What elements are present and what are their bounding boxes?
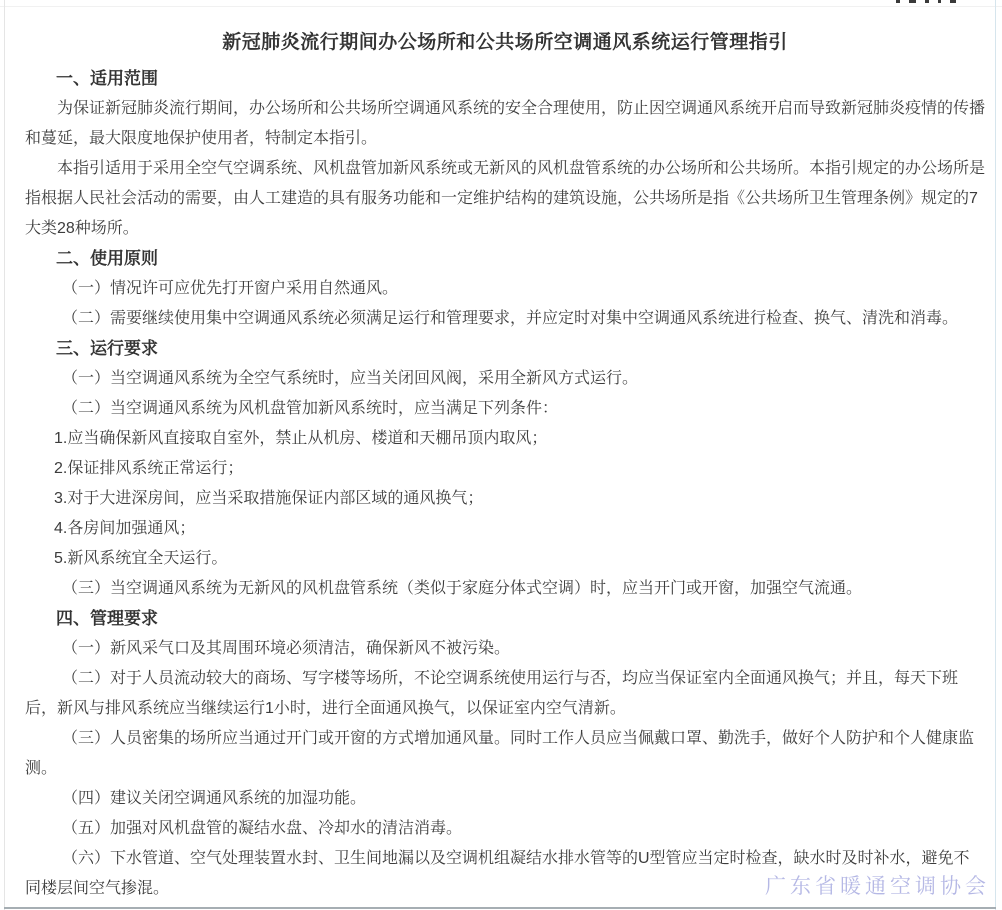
section-heading: 一、适用范围 xyxy=(25,64,985,94)
list-item: （四）建议关闭空调通风系统的加湿功能。 xyxy=(25,784,985,814)
document-content: 新冠肺炎流行期间办公场所和公共场所空调通风系统运行管理指引 一、适用范围为保证新… xyxy=(25,8,985,904)
list-item: （二）对于人员流动较大的商场、写字楼等场所，不论空调系统使用运行与否，均应当保证… xyxy=(25,664,985,724)
page-top-border xyxy=(0,6,1002,7)
list-item: （二）当空调通风系统为风机盘管加新风系统时，应当满足下列条件： xyxy=(25,394,985,424)
list-item: （六）下水管道、空气处理装置水封、卫生间地漏以及空调机组凝结水排水管等的U型管应… xyxy=(25,844,985,904)
document-page: 新冠肺炎流行期间办公场所和公共场所空调通风系统运行管理指引 一、适用范围为保证新… xyxy=(0,0,1002,910)
page-left-border xyxy=(4,0,5,910)
list-item: （一）新风采气口及其周围环境必须清洁，确保新风不被污染。 xyxy=(25,634,985,664)
clipped-text-fragment xyxy=(896,0,988,4)
list-item: （五）加强对风机盘管的凝结水盘、冷却水的清洁消毒。 xyxy=(25,814,985,844)
list-item: （三）当空调通风系统为无新风的风机盘管系统（类似于家庭分体式空调）时，应当开门或… xyxy=(25,574,985,604)
list-item: （三）人员密集的场所应当通过开门或开窗的方式增加通风量。同时工作人员应当佩戴口罩… xyxy=(25,724,985,784)
numbered-item: 1.应当确保新风直接取自室外，禁止从机房、楼道和天棚吊顶内取风； xyxy=(25,424,985,454)
section-heading: 三、运行要求 xyxy=(25,334,985,364)
numbered-item: 2.保证排风系统正常运行； xyxy=(25,454,985,484)
paragraph: 本指引适用于采用全空气空调系统、风机盘管加新风系统或无新风的风机盘管系统的办公场… xyxy=(25,154,985,244)
page-right-border xyxy=(995,0,996,910)
section-heading: 二、使用原则 xyxy=(25,244,985,274)
document-sections: 一、适用范围为保证新冠肺炎流行期间，办公场所和公共场所空调通风系统的安全合理使用… xyxy=(25,64,985,904)
section-heading: 四、管理要求 xyxy=(25,604,985,634)
numbered-item: 4.各房间加强通风； xyxy=(25,514,985,544)
paragraph: 为保证新冠肺炎流行期间，办公场所和公共场所空调通风系统的安全合理使用，防止因空调… xyxy=(25,94,985,154)
document-title: 新冠肺炎流行期间办公场所和公共场所空调通风系统运行管理指引 xyxy=(25,28,985,58)
list-item: （一）当空调通风系统为全空气系统时，应当关闭回风阀，采用全新风方式运行。 xyxy=(25,364,985,394)
numbered-item: 5.新风系统宜全天运行。 xyxy=(25,544,985,574)
numbered-item: 3.对于大进深房间，应当采取措施保证内部区域的通风换气； xyxy=(25,484,985,514)
list-item: （一）情况许可应优先打开窗户采用自然通风。 xyxy=(25,274,985,304)
list-item: （二）需要继续使用集中空调通风系统必须满足运行和管理要求，并应定时对集中空调通风… xyxy=(25,304,985,334)
page-bottom-border xyxy=(4,907,996,909)
